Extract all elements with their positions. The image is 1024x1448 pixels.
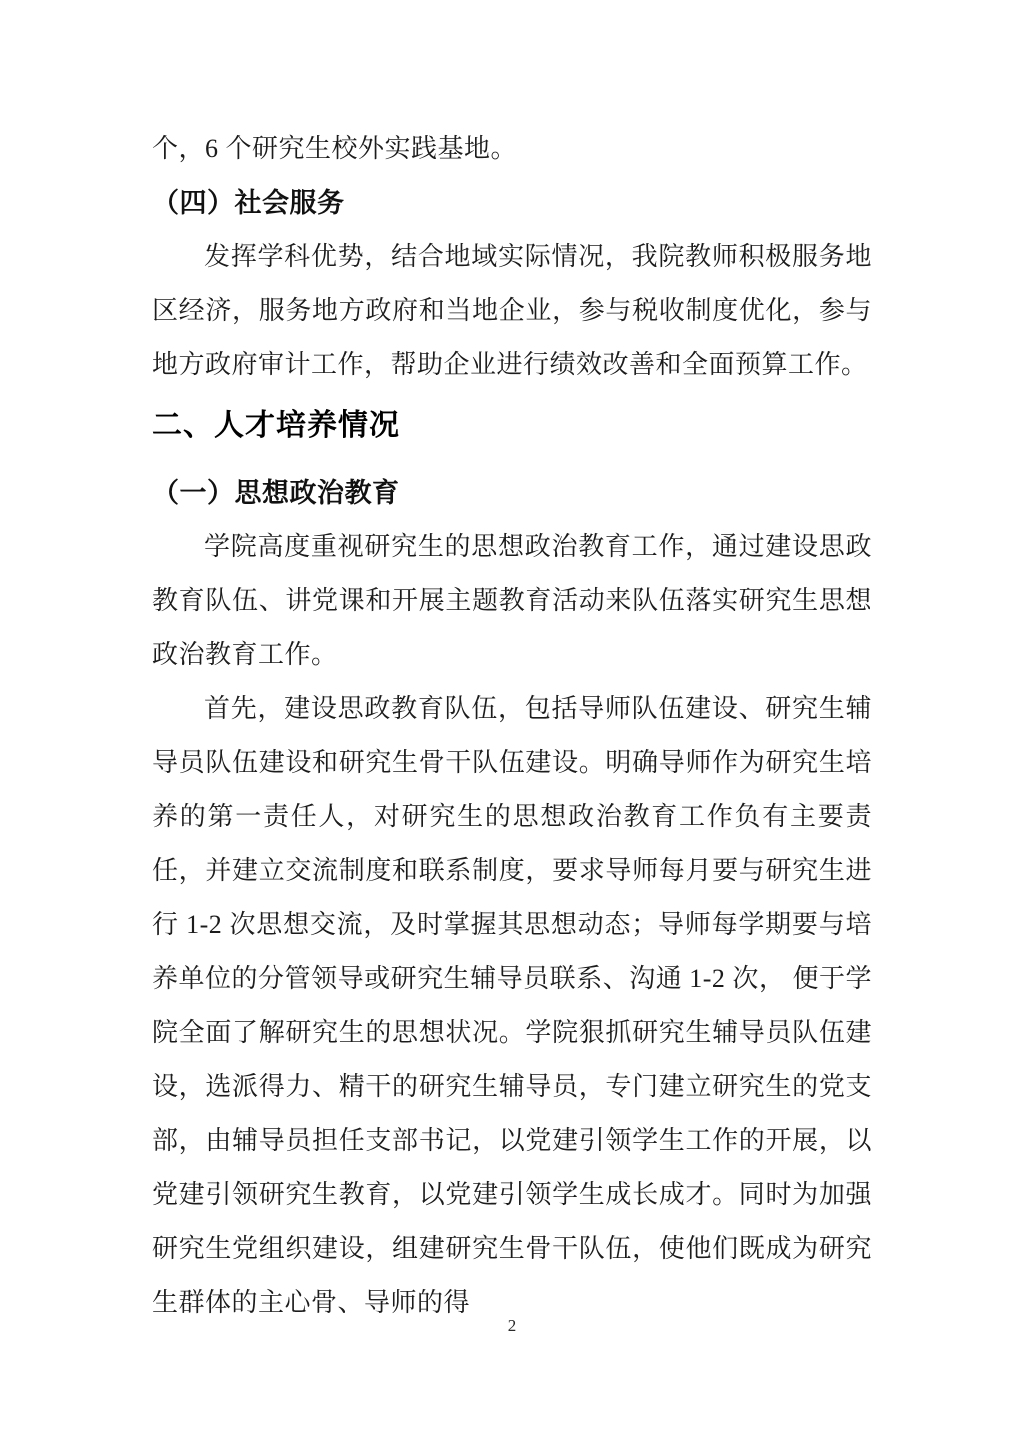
section-heading-social-service: （四）社会服务 bbox=[152, 176, 872, 230]
document-page: 个，6 个研究生校外实践基地。 （四）社会服务 发挥学科优势，结合地域实际情况，… bbox=[0, 0, 1024, 1448]
page-number: 2 bbox=[0, 1314, 1024, 1338]
paragraph-continuation: 个，6 个研究生校外实践基地。 bbox=[152, 122, 872, 176]
section-heading-ideological-education: （一）思想政治教育 bbox=[152, 466, 872, 520]
paragraph-social-service: 发挥学科优势，结合地域实际情况，我院教师积极服务地区经济，服务地方政府和当地企业… bbox=[152, 230, 872, 392]
document-body: 个，6 个研究生校外实践基地。 （四）社会服务 发挥学科优势，结合地域实际情况，… bbox=[152, 122, 872, 1330]
chapter-heading-talent-cultivation: 二、人才培养情况 bbox=[152, 399, 872, 453]
paragraph-ideological-detail: 首先，建设思政教育队伍，包括导师队伍建设、研究生辅导员队伍建设和研究生骨干队伍建… bbox=[152, 682, 872, 1330]
paragraph-ideological-overview: 学院高度重视研究生的思想政治教育工作，通过建设思政教育队伍、讲党课和开展主题教育… bbox=[152, 520, 872, 682]
